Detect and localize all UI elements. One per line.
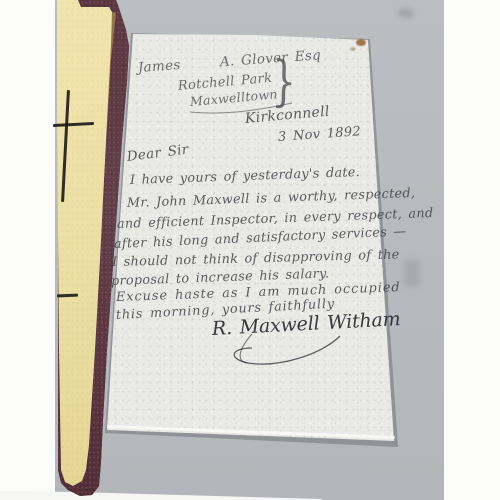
foxing-stain xyxy=(350,47,356,51)
foxing-stain xyxy=(356,39,366,46)
photo-of-letter: James A. Glover Esq Rotchell Park Maxwel… xyxy=(0,0,500,500)
backdrop-smudge xyxy=(398,8,414,18)
backdrop-smudge xyxy=(404,260,420,286)
address-brace: } xyxy=(271,54,297,109)
